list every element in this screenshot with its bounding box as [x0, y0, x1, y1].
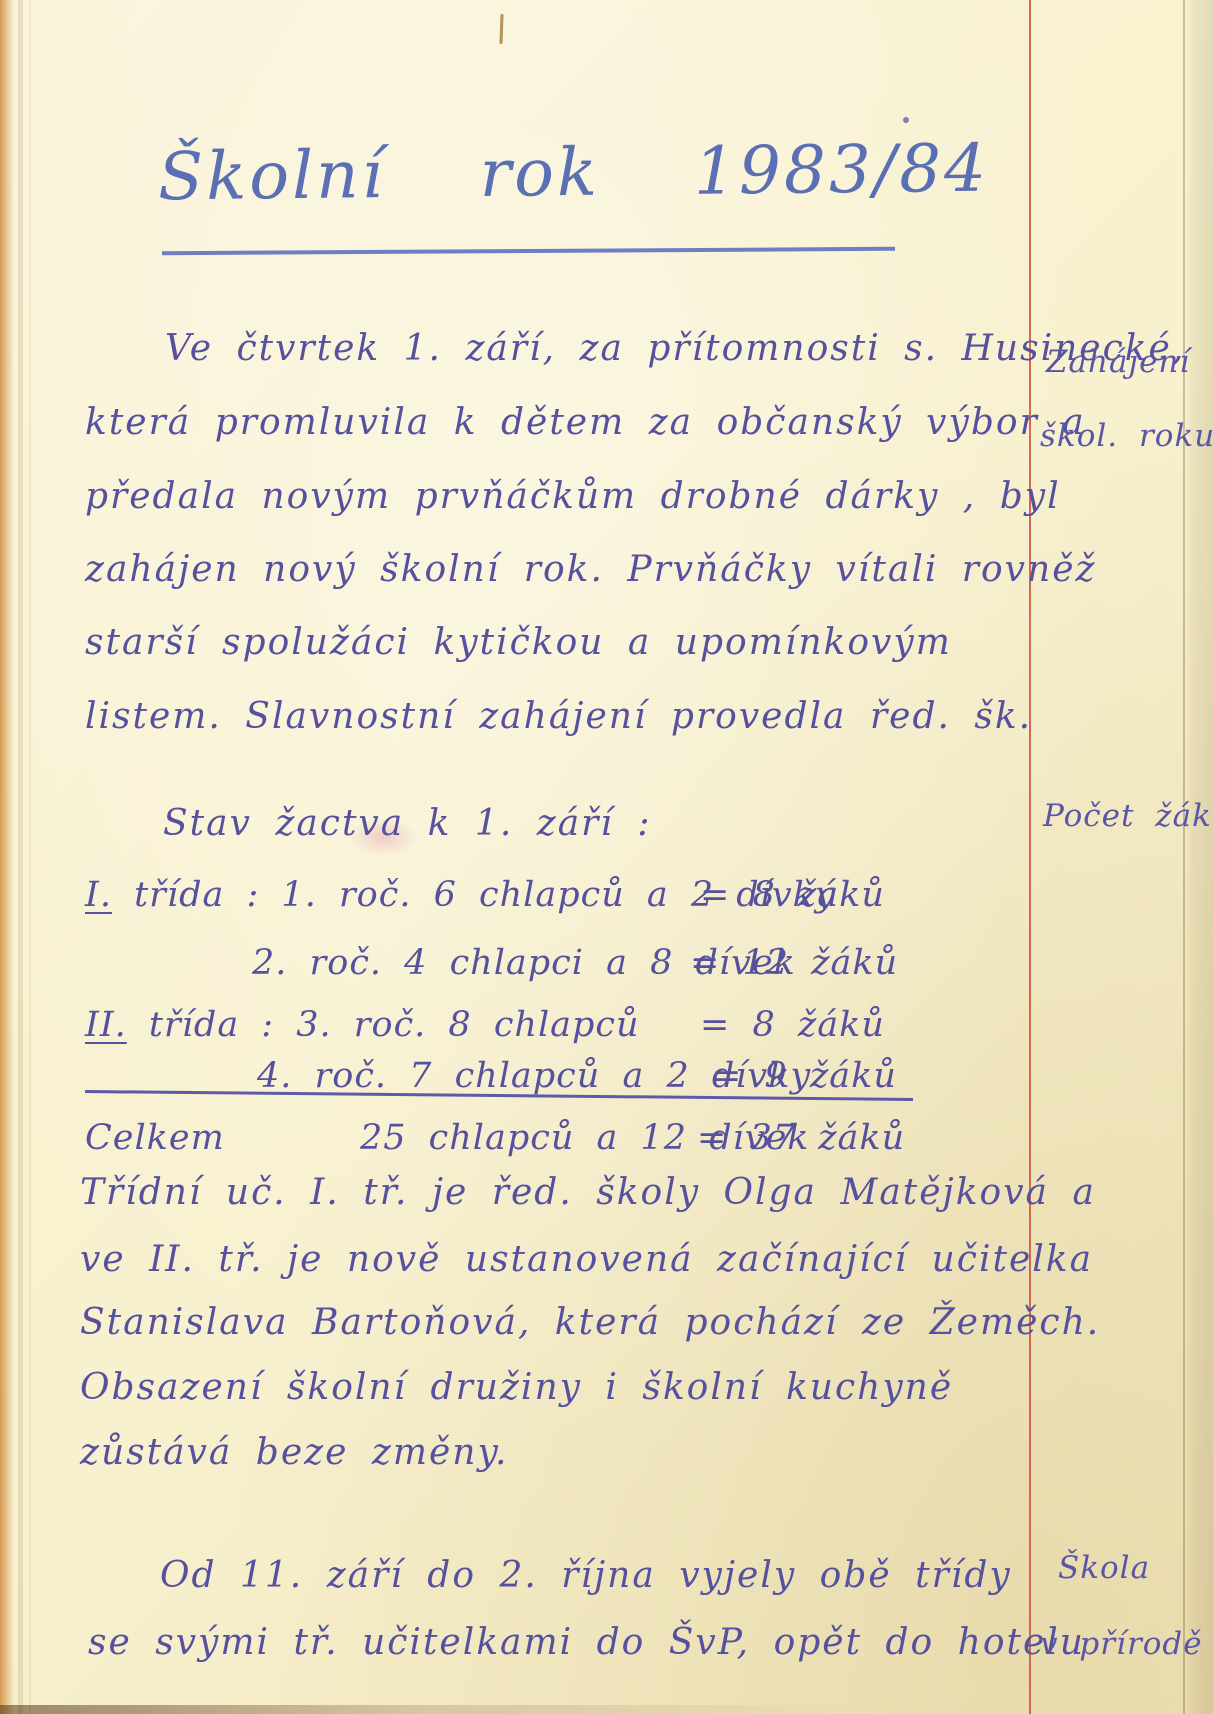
intro-line: starší spolužáci kytičkou a upomínkovým [85, 624, 952, 662]
intro-line: listem. Slavnostní zahájení provedla řed… [85, 698, 1032, 736]
margin-note-opening-1: Zahájení [1046, 346, 1190, 379]
teachers-line: ve II. tř. je nově ustanovená začínající… [80, 1241, 1093, 1279]
margin-note-pupils: Počet žáků [1043, 800, 1213, 833]
title-underline [162, 247, 895, 255]
row-total: = 8 žáků [700, 1007, 885, 1044]
teachers-line: Třídní uč. I. tř. je řed. školy Olga Mat… [80, 1174, 1096, 1212]
margin-note-nature-school-2: v přírodě [1040, 1628, 1203, 1661]
red-margin-line [1029, 0, 1031, 1714]
teachers-line: Stanislava Bartoňová, která pochází ze Ž… [80, 1304, 1100, 1342]
outro-line: se svými tř. učitelkami do ŠvP, opět do … [88, 1624, 1085, 1662]
class-numeral: II. [85, 1005, 127, 1045]
margin-note-nature-school-1: Škola [1058, 1552, 1150, 1585]
roster-row: II. třída : 3. roč. 8 chlapců [85, 1007, 640, 1044]
roster-heading: Stav žactva k 1. září : [163, 805, 651, 843]
page-title: Školní rok 1983/84 [158, 134, 990, 212]
pen-scratch-mark [499, 14, 503, 44]
intro-line: předala novým prvňáčkům drobné dárky , b… [85, 478, 1061, 516]
chronicle-page: Školní rok 1983/84 Ve čtvrtek 1. září, z… [0, 0, 1213, 1714]
page-crease [18, 0, 23, 1714]
outro-line: Od 11. září do 2. října vyjely obě třídy [160, 1557, 1012, 1595]
page-bottom-edge [0, 1705, 1213, 1714]
row-detail: 3. roč. 8 chlapců [296, 1005, 639, 1045]
class-numeral: I. [85, 875, 112, 915]
class-label: třída : [134, 875, 259, 915]
class-label: třída : [149, 1005, 274, 1045]
teachers-line: zůstává beze změny. [80, 1434, 508, 1472]
ink-dot-mark [903, 117, 909, 123]
page-crease-faint [29, 0, 31, 1714]
row-total: = 9 žáků [712, 1058, 897, 1095]
total-row-label: Celkem [85, 1120, 225, 1157]
teachers-line: Obsazení školní družiny i školní kuchyně [80, 1369, 953, 1407]
intro-line: Ve čtvrtek 1. září, za přítomnosti s. Hu… [165, 330, 1185, 368]
intro-line: která promluvila k dětem za občanský výb… [85, 404, 1086, 442]
total-row-total: = 37 žáků [697, 1120, 905, 1157]
intro-line: zahájen nový školní rok. Prvňáčky vítali… [85, 551, 1096, 589]
page-left-edge [0, 0, 14, 1714]
page-right-edge [1183, 0, 1213, 1714]
margin-note-opening-2: škol. roku [1040, 420, 1213, 453]
row-total: = 12 žáků [690, 945, 898, 982]
row-total: = 8 žáků [700, 877, 885, 914]
